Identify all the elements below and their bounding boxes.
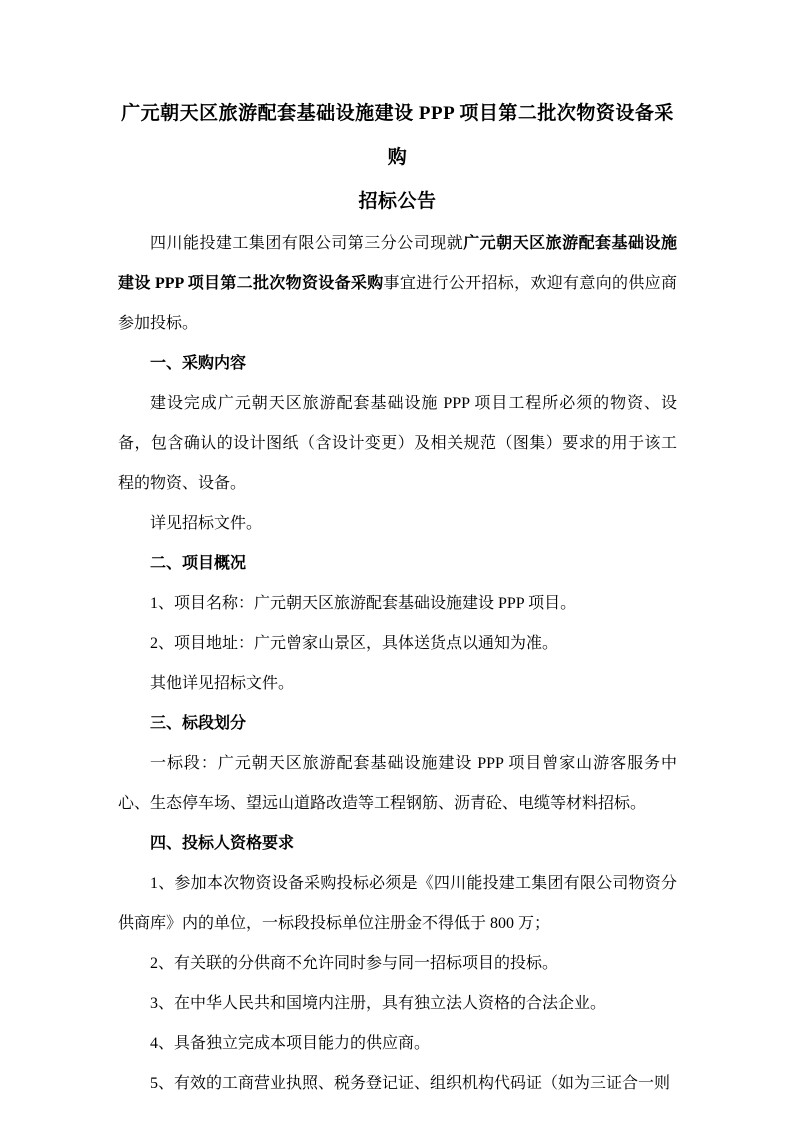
- section-bid-sections-paragraph-lot-one: 一标段：广元朝天区旅游配套基础设施建设 PPP 项目曾家山游客服务中心、生态停车…: [118, 744, 677, 824]
- section-qualifications-item-1: 1、参加本次物资设备采购投标必须是《四川能投建工集团有限公司物资分供商库》内的单…: [118, 864, 677, 944]
- intro-paragraph: 四川能投建工集团有限公司第三分公司现就广元朝天区旅游配套基础设施建设 PPP 项…: [118, 224, 677, 344]
- section-overview-item-other: 其他详见招标文件。: [118, 664, 677, 704]
- section-qualifications-item-4: 4、具备独立完成本项目能力的供应商。: [118, 1024, 677, 1064]
- intro-run-opening: 四川能投建工集团有限公司第三分公司现就: [150, 235, 463, 252]
- section-heading-bid-sections: 三、标段划分: [118, 704, 677, 744]
- section-procurement-paragraph-scope: 建设完成广元朝天区旅游配套基础设施 PPP 项目工程所必须的物资、设备，包含确认…: [118, 384, 677, 504]
- section-qualifications-item-2: 2、有关联的分供商不允许同时参与同一招标项目的投标。: [118, 944, 677, 984]
- section-overview-item-project-name: 1、项目名称：广元朝天区旅游配套基础设施建设 PPP 项目。: [118, 584, 677, 624]
- document-content: 广元朝天区旅游配套基础设施建设 PPP 项目第二批次物资设备采购 招标公告 四川…: [0, 0, 794, 1104]
- section-procurement-paragraph-see-docs: 详见招标文件。: [118, 504, 677, 544]
- title-line-1: 广元朝天区旅游配套基础设施建设 PPP 项目第二批次物资设备采购: [118, 92, 677, 180]
- section-heading-procurement-content: 一、采购内容: [118, 344, 677, 384]
- section-heading-project-overview: 二、项目概况: [118, 544, 677, 584]
- document-page: 广元朝天区旅游配套基础设施建设 PPP 项目第二批次物资设备采购 招标公告 四川…: [0, 0, 794, 1123]
- section-heading-bidder-qualifications: 四、投标人资格要求: [118, 824, 677, 864]
- section-qualifications-item-3: 3、在中华人民共和国境内注册，具有独立法人资格的合法企业。: [118, 984, 677, 1024]
- section-overview-item-project-address: 2、项目地址：广元曾家山景区，具体送货点以通知为准。: [118, 624, 677, 664]
- section-qualifications-item-5: 5、有效的工商营业执照、税务登记证、组织机构代码证（如为三证合一则: [118, 1064, 677, 1104]
- document-title: 广元朝天区旅游配套基础设施建设 PPP 项目第二批次物资设备采购 招标公告: [118, 92, 677, 224]
- title-line-2: 招标公告: [118, 180, 677, 224]
